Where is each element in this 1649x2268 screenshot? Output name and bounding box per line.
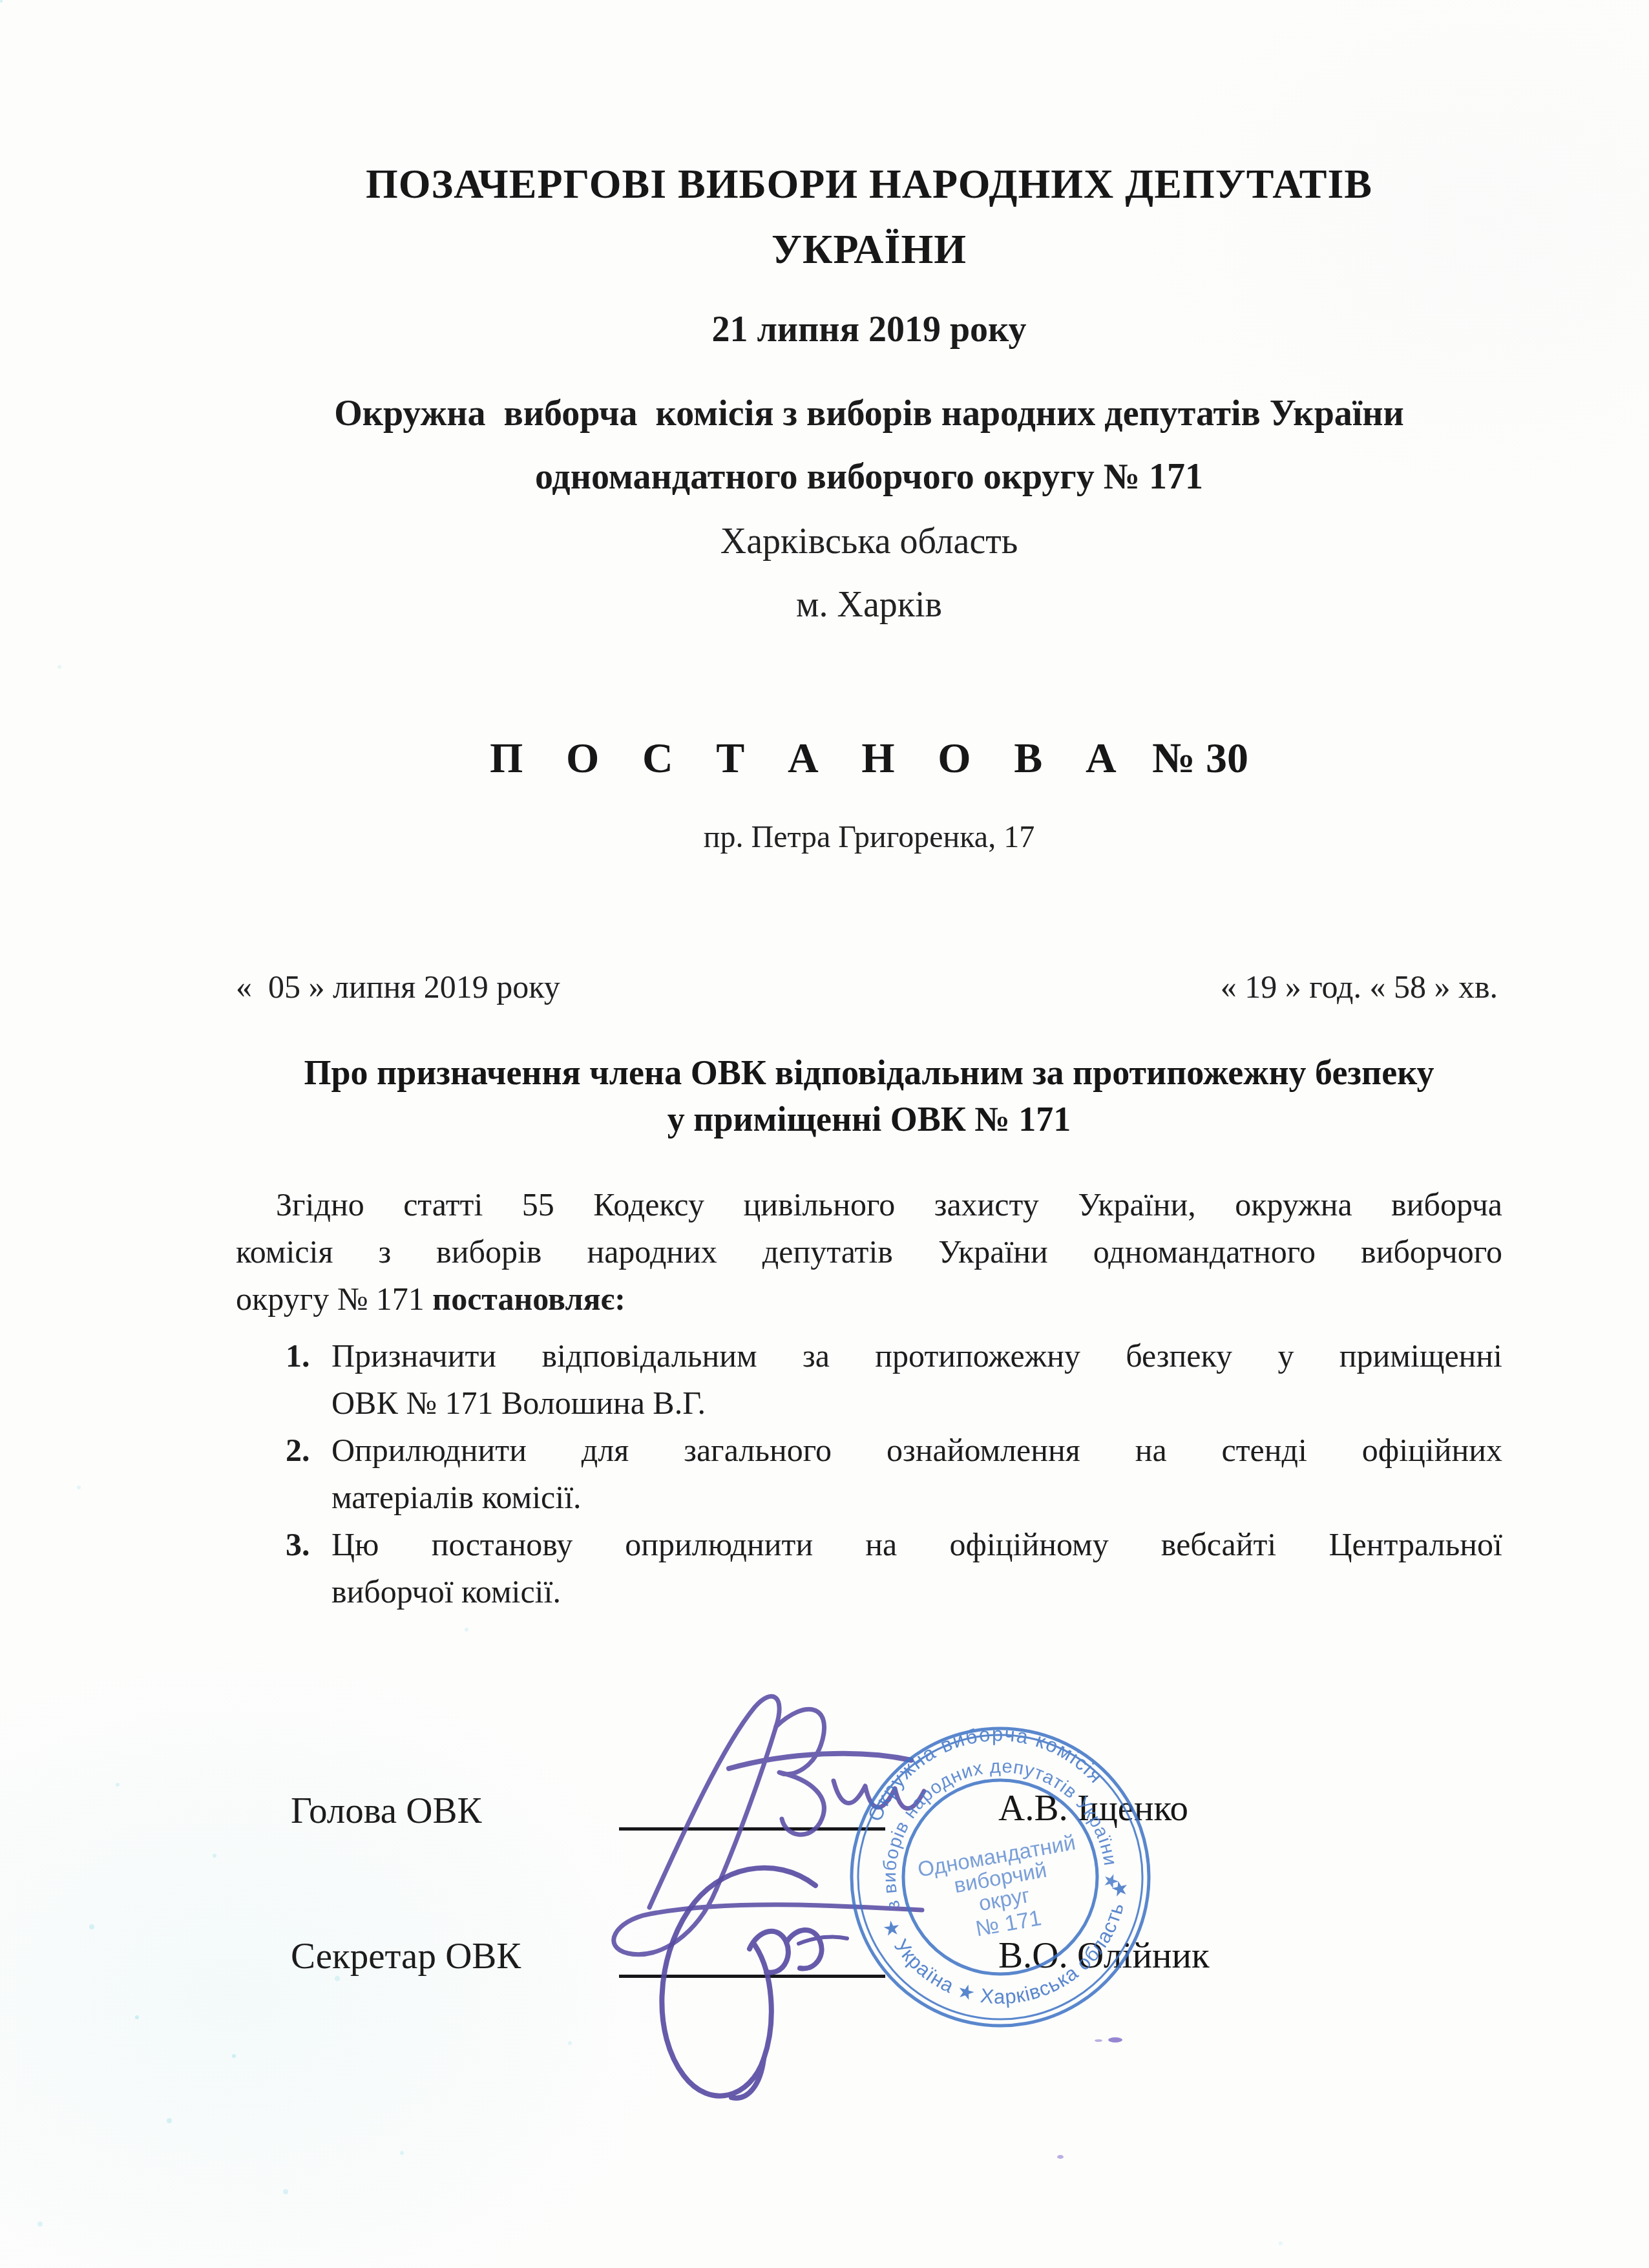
document-title-line1: ПОЗАЧЕРГОВІ ВИБОРИ НАРОДНИХ ДЕПУТАТІВ (236, 160, 1502, 208)
commission-name-line1: Окружна виборча комісія з виборів народн… (236, 393, 1502, 434)
list-item-line: Цю постанову оприлюднити на офіційному в… (331, 1521, 1502, 1568)
city-name: м. Харків (236, 584, 1502, 625)
list-item-line: Оприлюднити для загального ознайомлення … (331, 1427, 1502, 1474)
scan-noise (0, 0, 3, 3)
resolution-list: 1. Призначити відповідальним за протипож… (286, 1332, 1502, 1615)
signature-name-secretary: В.О. Олійник (998, 1935, 1210, 1977)
signature-line-head (619, 1827, 885, 1831)
paragraph-line: Згідно статті 55 Кодексу цивільного захи… (236, 1181, 1502, 1228)
stamp-ring-text-inner: з виборів народних депутатів України ★ (860, 1737, 1125, 1932)
resolution-time: « 19 » год. « 58 » хв. (1221, 968, 1498, 1005)
datetime-row: « 05 » липня 2019 року « 19 » год. « 58 … (236, 968, 1498, 1005)
stamp-outer-circle-2 (845, 1722, 1155, 2032)
election-date: 21 липня 2019 року (236, 309, 1502, 350)
ink-speck (1095, 2039, 1102, 2042)
subject-line2: у приміщенні ОВК № 171 (236, 1096, 1502, 1142)
signature-line-secretary (619, 1975, 885, 1978)
list-item-line: Призначити відповідальним за протипожежн… (331, 1332, 1502, 1380)
resolution-address: пр. Петра Григоренка, 17 (236, 819, 1502, 855)
stamp-center-text: Одномандатний виборчий округ № 171 (916, 1830, 1089, 1949)
body-paragraph: Згідно статті 55 Кодексу цивільного захи… (236, 1181, 1502, 1323)
list-item-text: Оприлюднити для загального ознайомлення … (331, 1427, 1502, 1521)
signature-role-secretary: Секретар ОВК (291, 1935, 521, 1977)
list-item-text: Призначити відповідальним за протипожежн… (331, 1332, 1502, 1427)
stamp-center-line2: виборчий (952, 1858, 1049, 1898)
list-item-number: 3. (286, 1521, 331, 1615)
signature-name-head: А.В. Іщенко (998, 1787, 1188, 1829)
list-item: 1. Призначити відповідальним за протипож… (286, 1332, 1502, 1427)
paragraph-line: округу № 171 постановляє: (236, 1276, 1502, 1323)
list-item-number: 1. (286, 1332, 331, 1427)
resolution-title: П О С Т А Н О В А № 30 (236, 734, 1502, 783)
resolution-word: П О С Т А Н О В А (490, 735, 1133, 782)
ink-speck (1057, 2155, 1064, 2159)
scanned-resolution-page: ПОЗАЧЕРГОВІ ВИБОРИ НАРОДНИХ ДЕПУТАТІВ УК… (0, 0, 1649, 2268)
official-round-stamp: Окружна виборча комісія ★ Україна ★ Харк… (845, 1722, 1155, 2032)
list-item: 2. Оприлюднити для загального ознайомлен… (286, 1427, 1502, 1521)
list-item-line: матеріалів комісії. (331, 1474, 1502, 1521)
document-title-line2: УКРАЇНИ (236, 226, 1502, 273)
ink-speck (1108, 2037, 1122, 2042)
commission-name-line2: одномандатного виборчого округу № 171 (236, 456, 1502, 498)
list-item: 3. Цю постанову оприлюднити на офіційном… (286, 1521, 1502, 1615)
subject-line1: Про призначення члена ОВК відповідальним… (236, 1049, 1502, 1096)
list-item-number: 2. (286, 1427, 331, 1521)
region-name: Харківська область (236, 521, 1502, 562)
list-item-line: ОВК № 171 Волошина В.Г. (331, 1380, 1502, 1427)
stamp-center-line3: округ (977, 1883, 1032, 1915)
signature-role-head: Голова ОВК (291, 1790, 482, 1832)
list-item-text: Цю постанову оприлюднити на офіційному в… (331, 1521, 1502, 1615)
stamp-center-line1: Одномандатний (916, 1830, 1077, 1881)
stamp-outer-circle (845, 1722, 1155, 2032)
paragraph-line: комісія з виборів народних депутатів Укр… (236, 1228, 1502, 1276)
list-item-line: виборчої комісії. (331, 1568, 1502, 1615)
head-signature-ink (614, 1696, 924, 1954)
resolution-number: № 30 (1152, 735, 1248, 782)
paragraph-line3-text: округу № 171 (236, 1281, 432, 1317)
paragraph-resolves-word: постановляє: (432, 1281, 625, 1317)
secretary-signature-ink (662, 1868, 847, 2098)
resolution-date: « 05 » липня 2019 року (236, 968, 560, 1005)
